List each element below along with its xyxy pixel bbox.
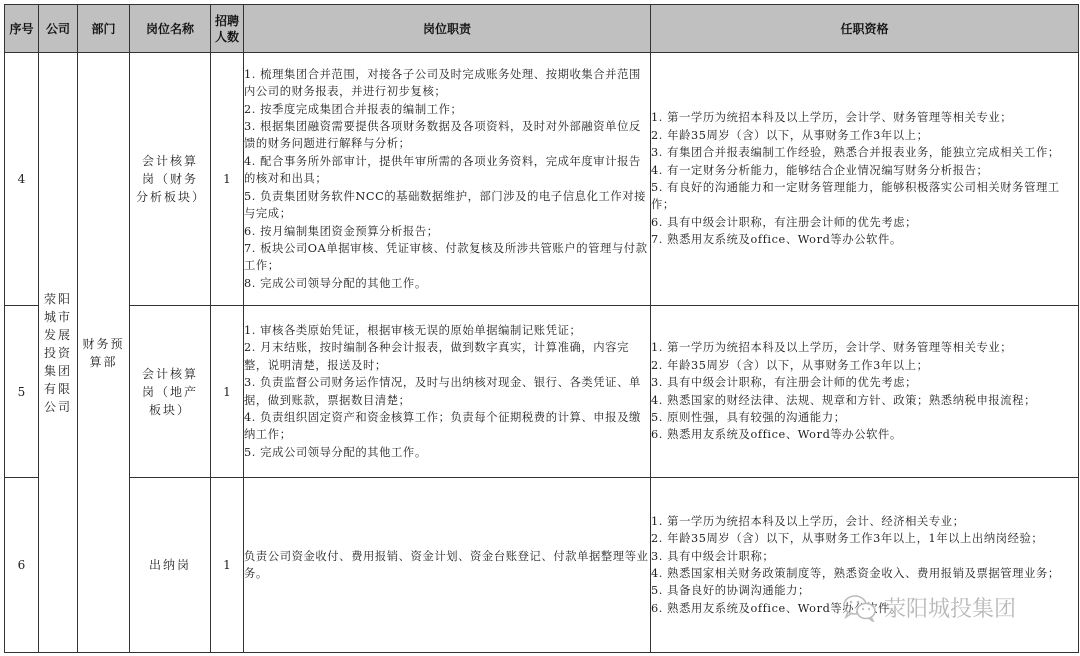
position-cell: 会计核算岗（地产板块） [130, 306, 211, 478]
header-qualifications: 任职资格 [651, 5, 1079, 53]
qualification-item: 3. 具有中级会计职称，有注册会计师的优先考虑； [651, 374, 1078, 391]
qualification-item: 2. 年龄35周岁（含）以下，从事财务工作3年以上； [651, 357, 1078, 374]
duties-cell: 1. 梳理集团合并范围，对接各子公司及时完成账务处理、按期收集合并范围内公司的财… [244, 53, 651, 306]
duties-cell: 1. 审核各类原始凭证，根据审核无误的原始单据编制记账凭证； 2. 月末结账，按… [244, 306, 651, 478]
job-table: 序号 公司 部门 岗位名称 招聘人数 岗位职责 任职资格 4 荥阳城市发展投资集… [4, 4, 1079, 653]
headcount-cell: 1 [211, 306, 244, 478]
seq-cell: 5 [5, 306, 39, 478]
duty-item: 6. 按月编制集团资金预算分析报告； [244, 223, 650, 240]
qualifications-cell: 1. 第一学历为统招本科及以上学历，会计学、财务管理等相关专业； 2. 年龄35… [651, 306, 1079, 478]
seq-cell: 4 [5, 53, 39, 306]
qualification-item: 6. 熟悉用友系统及office、Word等办公软件。 [651, 426, 1078, 443]
duty-item: 7. 板块公司OA单据审核、凭证审核、付款复核及所涉共管账户的管理与付款工作； [244, 240, 650, 275]
qualifications-cell: 1. 第一学历为统招本科及以上学历，会计、经济相关专业； 2. 年龄35周岁（含… [651, 478, 1079, 653]
position-cell: 会计核算岗（财务分析板块） [130, 53, 211, 306]
header-company: 公司 [39, 5, 78, 53]
qualification-item: 4. 熟悉国家的财经法律、法规、规章和方针、政策；熟悉纳税申报流程； [651, 392, 1078, 409]
qualification-item: 7. 熟悉用友系统及office、Word等办公软件。 [651, 231, 1078, 248]
header-position: 岗位名称 [130, 5, 211, 53]
duty-item: 5. 负责集团财务软件NCC的基础数据维护，部门涉及的电子信息化工作对接与完成； [244, 188, 650, 223]
duties-cell: 负责公司资金收付、费用报销、资金计划、资金台账登记、付款单据整理等业务。 [244, 478, 651, 653]
qualification-item: 2. 年龄35周岁（含）以下，从事财务工作3年以上； [651, 127, 1078, 144]
qualifications-cell: 1. 第一学历为统招本科及以上学历，会计学、财务管理等相关专业； 2. 年龄35… [651, 53, 1079, 306]
duty-item: 2. 按季度完成集团合并报表的编制工作； [244, 101, 650, 118]
qualification-item: 6. 熟悉用友系统及office、Word等办公软件。 [651, 600, 1078, 617]
duty-item: 8. 完成公司领导分配的其他工作。 [244, 275, 650, 292]
headcount-cell: 1 [211, 478, 244, 653]
duty-item: 2. 月末结账，按时编制各种会计报表，做到数字真实，计算准确，内容完整，说明清楚… [244, 339, 650, 374]
company-cell: 荥阳城市发展投资集团有限公司 [39, 53, 78, 653]
duty-item: 1. 审核各类原始凭证，根据审核无误的原始单据编制记账凭证； [244, 322, 650, 339]
qualification-item: 5. 具备良好的协调沟通能力； [651, 582, 1078, 599]
qualification-item: 2. 年龄35周岁（含）以下，从事财务工作3年以上，1年以上出纳岗经验； [651, 530, 1078, 547]
qualification-item: 4. 熟悉国家相关财务政策制度等，熟悉资金收入、费用报销及票据管理业务； [651, 565, 1078, 582]
duty-item: 3. 根据集团融资需要提供各项财务数据及各项资料，及时对外部融资单位反馈的财务问… [244, 118, 650, 153]
table-row: 5 会计核算岗（地产板块） 1 1. 审核各类原始凭证，根据审核无误的原始单据编… [5, 306, 1079, 478]
table-row: 6 出纳岗 1 负责公司资金收付、费用报销、资金计划、资金台账登记、付款单据整理… [5, 478, 1079, 653]
table-row: 4 荥阳城市发展投资集团有限公司 财务预算部 会计核算岗（财务分析板块） 1 1… [5, 53, 1079, 306]
seq-cell: 6 [5, 478, 39, 653]
qualification-item: 6. 具有中级会计职称，有注册会计师的优先考虑； [651, 214, 1078, 231]
duty-item: 4. 负责组织固定资产和资金核算工作；负责每个征期税费的计算、申报及缴纳工作； [244, 409, 650, 444]
duty-item: 5. 完成公司领导分配的其他工作。 [244, 444, 650, 461]
table-header-row: 序号 公司 部门 岗位名称 招聘人数 岗位职责 任职资格 [5, 5, 1079, 53]
duty-item: 4. 配合事务所外部审计，提供年审所需的各项业务资料，完成年度审计报告的核对和出… [244, 153, 650, 188]
duty-item: 负责公司资金收付、费用报销、资金计划、资金台账登记、付款单据整理等业务。 [244, 548, 650, 583]
qualification-item: 3. 有集团合并报表编制工作经验，熟悉合并报表业务，能独立完成相关工作； [651, 144, 1078, 161]
header-duties: 岗位职责 [244, 5, 651, 53]
header-dept: 部门 [78, 5, 130, 53]
qualification-item: 1. 第一学历为统招本科及以上学历，会计学、财务管理等相关专业； [651, 339, 1078, 356]
header-seq: 序号 [5, 5, 39, 53]
qualification-item: 1. 第一学历为统招本科及以上学历，会计学、财务管理等相关专业； [651, 109, 1078, 126]
duty-item: 1. 梳理集团合并范围，对接各子公司及时完成账务处理、按期收集合并范围内公司的财… [244, 66, 650, 101]
department-cell: 财务预算部 [78, 53, 130, 653]
headcount-cell: 1 [211, 53, 244, 306]
header-headcount: 招聘人数 [211, 5, 244, 53]
qualification-item: 5. 原则性强，具有较强的沟通能力； [651, 409, 1078, 426]
qualification-item: 5. 有良好的沟通能力和一定财务管理能力，能够积极落实公司相关财务管理工作； [651, 179, 1078, 214]
qualification-item: 4. 有一定财务分析能力，能够结合企业情况编写财务分析报告； [651, 162, 1078, 179]
qualification-item: 1. 第一学历为统招本科及以上学历，会计、经济相关专业； [651, 513, 1078, 530]
duty-item: 3. 负责监督公司财务运作情况，及时与出纳核对现金、银行、各类凭证、单据，做到账… [244, 374, 650, 409]
qualification-item: 3. 具有中级会计职称； [651, 548, 1078, 565]
position-cell: 出纳岗 [130, 478, 211, 653]
